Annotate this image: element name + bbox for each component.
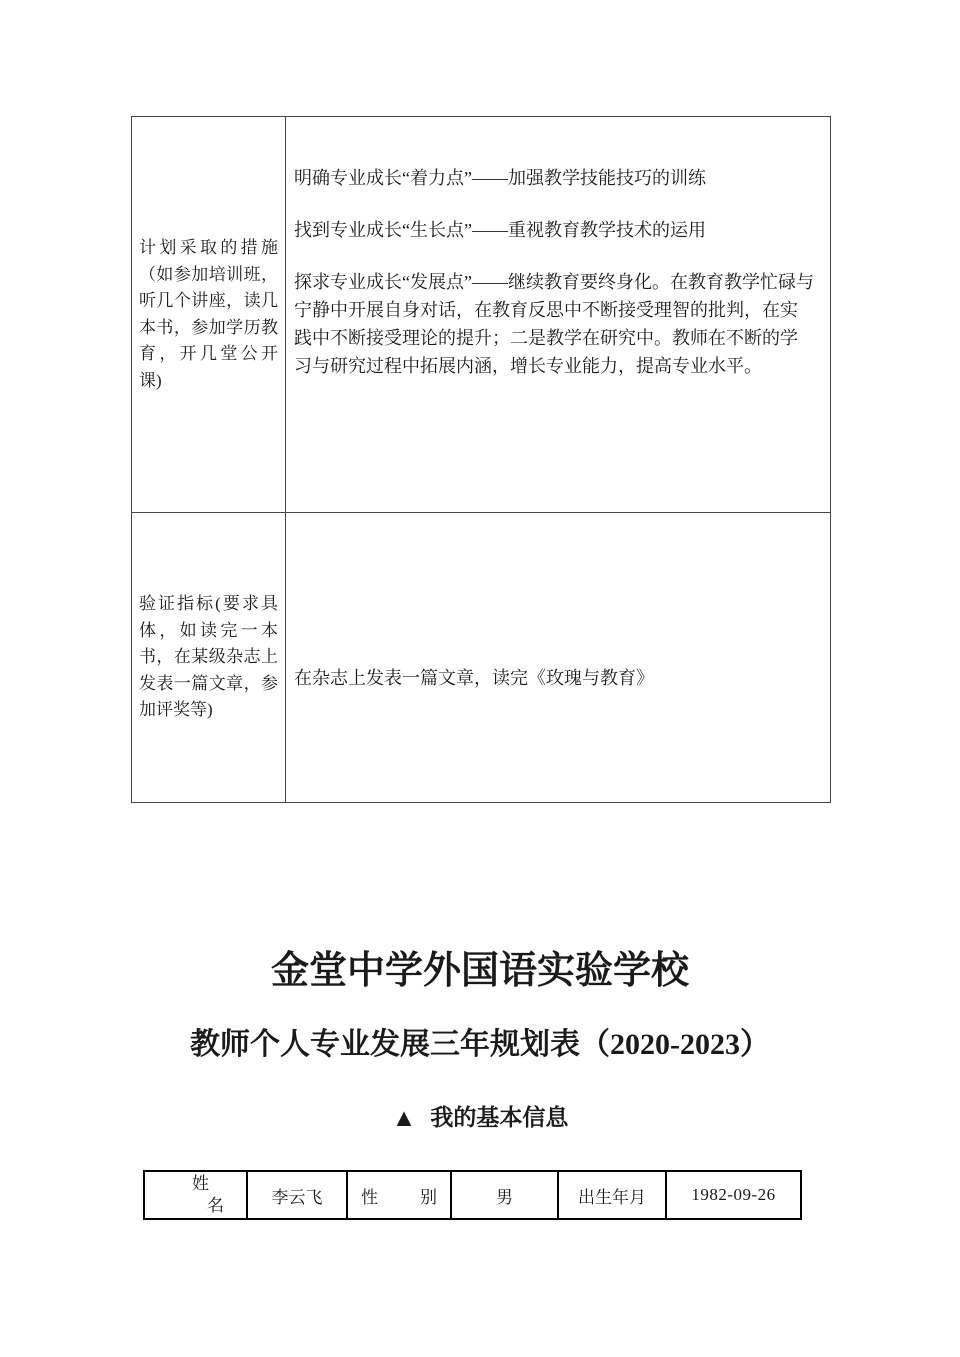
indicators-content-cell: 在杂志上发表一篇文章，读完《玫瑰与教育》 bbox=[286, 513, 831, 803]
gender-label-cell: 性 别 bbox=[347, 1171, 451, 1219]
plan-table-row-indicators: 验证指标(要求具体，如读完一本书，在某级杂志上发表一篇文章，参加评奖等) 在杂志… bbox=[132, 513, 831, 803]
measures-paragraph-2: 找到专业成长“生长点”——重视教育教学技术的运用 bbox=[294, 216, 815, 244]
name-label-line1: 姓 bbox=[155, 1173, 246, 1195]
basic-info-row: 姓 名 李云飞 性 别 男 出生年月 1982-09-26 bbox=[144, 1171, 801, 1219]
measures-label-cell: 计划采取的措施（如参加培训班，听几个讲座，读几本书，参加学历教育，开几堂公开课) bbox=[132, 117, 286, 513]
section-heading: ▲我的基本信息 bbox=[0, 1104, 960, 1134]
document-page: 计划采取的措施（如参加培训班，听几个讲座，读几本书，参加学历教育，开几堂公开课)… bbox=[0, 0, 960, 1357]
triangle-icon: ▲ bbox=[392, 1104, 417, 1134]
gender-label-char1: 性 bbox=[361, 1183, 378, 1208]
measures-paragraph-3: 探求专业成长“发展点”——继续教育要终身化。在教育教学忙碌与宁静中开展自身对话，… bbox=[294, 268, 815, 380]
birth-label-cell: 出生年月 bbox=[558, 1171, 666, 1219]
name-label-line2: 名 bbox=[185, 1195, 246, 1217]
form-title: 教师个人专业发展三年规划表（2020-2023） bbox=[0, 1028, 960, 1061]
gender-label-char2: 别 bbox=[420, 1183, 437, 1208]
name-label-cell: 姓 名 bbox=[144, 1171, 247, 1219]
basic-info-table: 姓 名 李云飞 性 别 男 出生年月 1982-09-26 bbox=[143, 1170, 802, 1220]
measures-paragraph-1: 明确专业成长“着力点”——加强教学技能技巧的训练 bbox=[294, 164, 815, 192]
birth-value-cell: 1982-09-26 bbox=[666, 1171, 801, 1219]
section-heading-label: 我的基本信息 bbox=[430, 1105, 568, 1130]
gender-value-cell: 男 bbox=[451, 1171, 558, 1219]
school-title: 金堂中学外国语实验学校 bbox=[0, 951, 960, 993]
measures-content-cell: 明确专业成长“着力点”——加强教学技能技巧的训练 找到专业成长“生长点”——重视… bbox=[286, 117, 831, 513]
name-value-cell: 李云飞 bbox=[247, 1171, 347, 1219]
plan-table-row-measures: 计划采取的措施（如参加培训班，听几个讲座，读几本书，参加学历教育，开几堂公开课)… bbox=[132, 117, 831, 513]
indicators-label-cell: 验证指标(要求具体，如读完一本书，在某级杂志上发表一篇文章，参加评奖等) bbox=[132, 513, 286, 803]
plan-table: 计划采取的措施（如参加培训班，听几个讲座，读几本书，参加学历教育，开几堂公开课)… bbox=[131, 116, 831, 803]
